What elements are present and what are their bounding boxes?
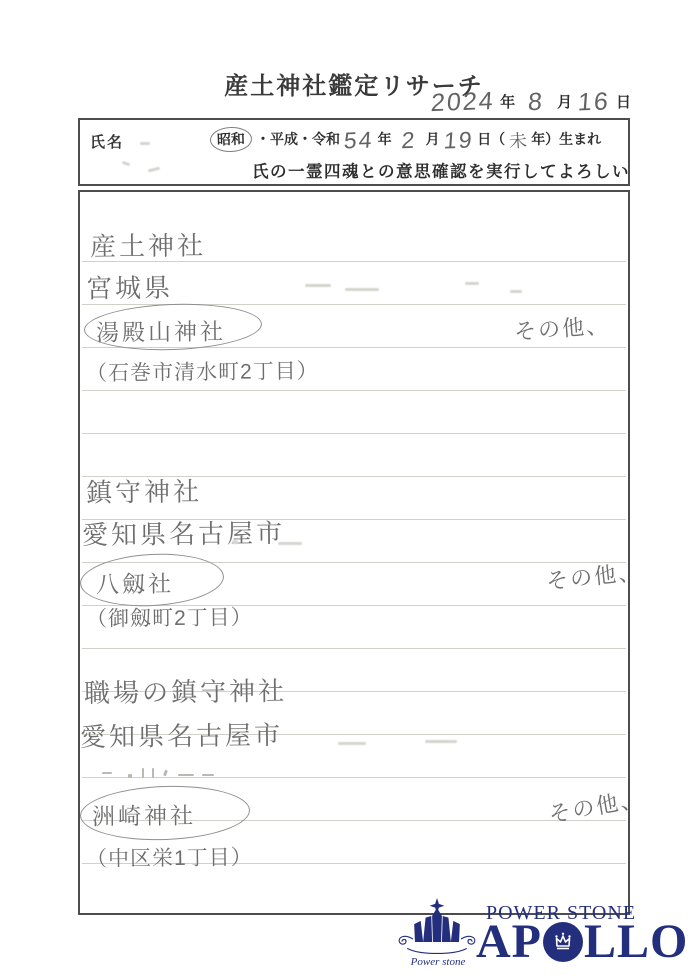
entry-shrine: 湯殿山神社 (96, 313, 226, 347)
brand-name-main: AP LLO (476, 918, 688, 966)
redacted-mark (338, 742, 366, 745)
era-showa-circled: 昭和 (210, 126, 253, 152)
redacted-mark (345, 288, 379, 291)
erased-mark (142, 768, 144, 778)
brand-main-left: AP (476, 918, 542, 966)
entry-shrine: 洲崎神社 (92, 797, 196, 831)
scanned-form-page: 産土神社鑑定リサーチ 2024 年 8 月 16 日 氏名 昭和 ・平成・令和 … (0, 0, 693, 980)
birth-day-value: 19 (443, 128, 474, 152)
entry-address: （御劔町2丁目） (86, 601, 253, 633)
date-month-label: 月 (557, 91, 572, 115)
crystal-crown-icon (396, 898, 478, 960)
name-label: 氏名 (90, 131, 124, 152)
redacted-mark (278, 542, 302, 545)
birth-month-value: 2 (395, 129, 423, 153)
entry-address: （石巻市清水町2丁目） (86, 355, 319, 387)
redacted-mark (425, 740, 457, 743)
date-month-value: 8 (520, 89, 552, 115)
redacted-name-mark (148, 166, 160, 172)
brand-logo: Power stone POWER STONE AP LLO (396, 896, 646, 978)
confirmation-text: 氏の一霊四魂との意思確認を実行してよろしい (252, 158, 630, 182)
brand-main-right: LLO (584, 918, 688, 966)
entry-region: 愛知県名古屋市 (80, 715, 283, 754)
erased-mark (128, 774, 132, 778)
crown-circle-icon (543, 922, 583, 962)
logo-script-caption: Power stone (402, 956, 474, 968)
redacted-name-mark (140, 142, 150, 145)
redacted-mark (305, 284, 331, 287)
zodiac-label: 年）生まれ (531, 129, 601, 152)
writing-box: 産土神社 宮城県 湯殿山神社 その他、 （石巻市清水町2丁目） 鎮守神社 愛知県… (78, 190, 630, 915)
date-day-value: 16 (577, 89, 611, 115)
erased-mark (102, 772, 112, 774)
entry-shrine: 八劔社 (96, 566, 174, 600)
birth-year-value: 54 (343, 128, 374, 152)
erased-mark (152, 768, 154, 778)
entry-region: 宮城県 (86, 268, 173, 306)
birth-month-label: 月 (426, 129, 440, 152)
entry-address: （中区栄1丁目） (86, 841, 253, 873)
date-year-label: 年 (500, 91, 515, 115)
erased-mark (202, 774, 214, 776)
zodiac-value: 未 (509, 131, 528, 152)
entry-heading: 鎮守神社 (86, 471, 202, 509)
entry-heading: 産土神社 (90, 225, 206, 263)
date-day-label: 日 (616, 91, 631, 115)
entry-heading: 職場の鎮守神社 (84, 671, 287, 710)
entry-region: 愛知県名古屋市 (82, 513, 285, 552)
redacted-mark (510, 290, 522, 293)
birth-day-label: 日（ (477, 129, 505, 152)
header-box: 氏名 昭和 ・平成・令和 54 年 2 月 19 日（ 未 年）生まれ 氏の一霊… (78, 118, 630, 186)
date-row: 2024 年 8 月 16 日 (431, 90, 631, 115)
era-options: ・平成・令和 (256, 129, 340, 152)
redacted-mark (232, 540, 238, 544)
date-year-value: 2024 (430, 89, 496, 116)
birth-era-row: 昭和 ・平成・令和 54 年 2 月 19 日（ 未 年）生まれ (210, 127, 601, 152)
redacted-mark (465, 282, 479, 285)
birth-year-label: 年 (378, 129, 392, 152)
erased-mark (178, 774, 194, 776)
redacted-name-mark (122, 161, 131, 167)
